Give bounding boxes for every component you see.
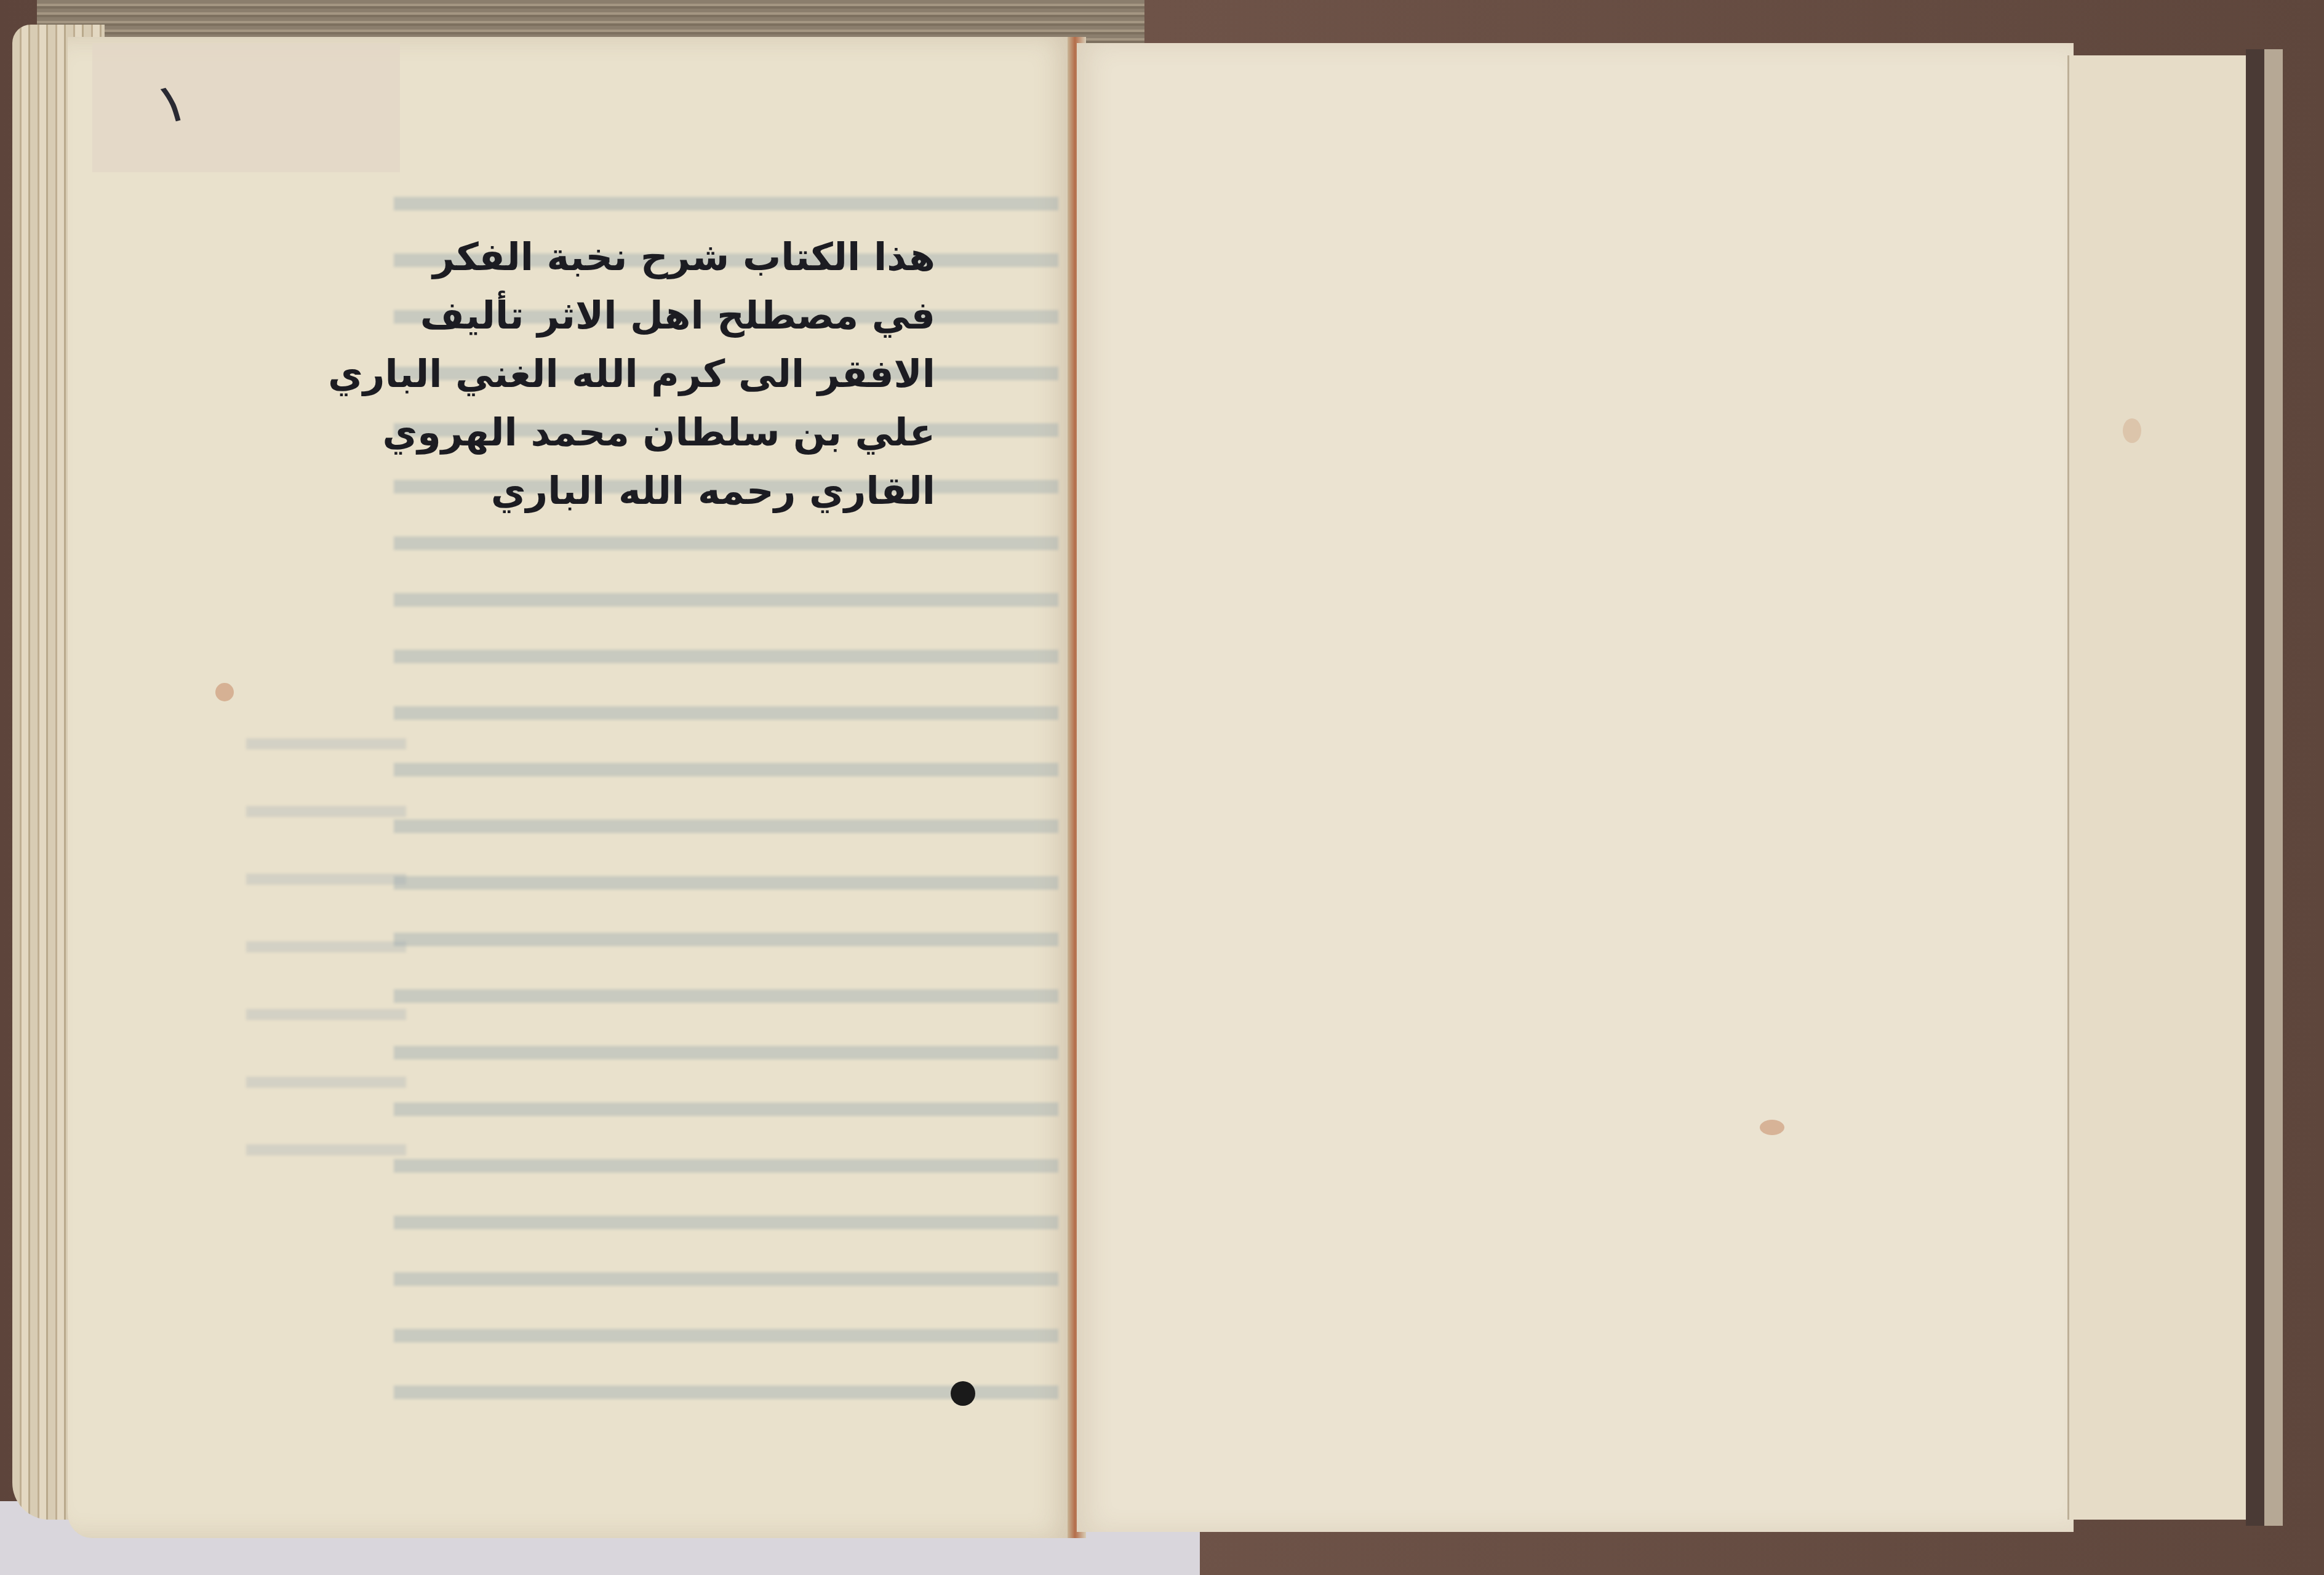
title-line-5: القاري رحمه الله الباري	[505, 461, 935, 520]
title-line-4: علي بن سلطان محمد الهروي	[505, 403, 935, 461]
foxing-stain	[1760, 1120, 1784, 1135]
title-line-3: الافقر الى كرم الله الغني الباري	[505, 345, 935, 403]
cover-board-light-edge	[2264, 49, 2283, 1526]
right-endleaf	[2067, 55, 2248, 1520]
ink-blot	[951, 1381, 975, 1406]
cover-board-edge	[2246, 49, 2264, 1526]
right-page-blank	[1077, 43, 2074, 1532]
title-line-2: في مصطلح اهل الاثر تأليف	[505, 286, 935, 345]
foxing-stain	[2123, 418, 2141, 443]
tipped-paper-strip	[92, 43, 400, 172]
title-line-1: هذا الكتاب شرح نخبة الفكر	[505, 228, 935, 286]
title-inscription: هذا الكتاب شرح نخبة الفكر في مصطلح اهل ا…	[505, 228, 935, 520]
foxing-stain	[215, 683, 234, 701]
bleed-through-margin-text	[246, 708, 406, 1169]
